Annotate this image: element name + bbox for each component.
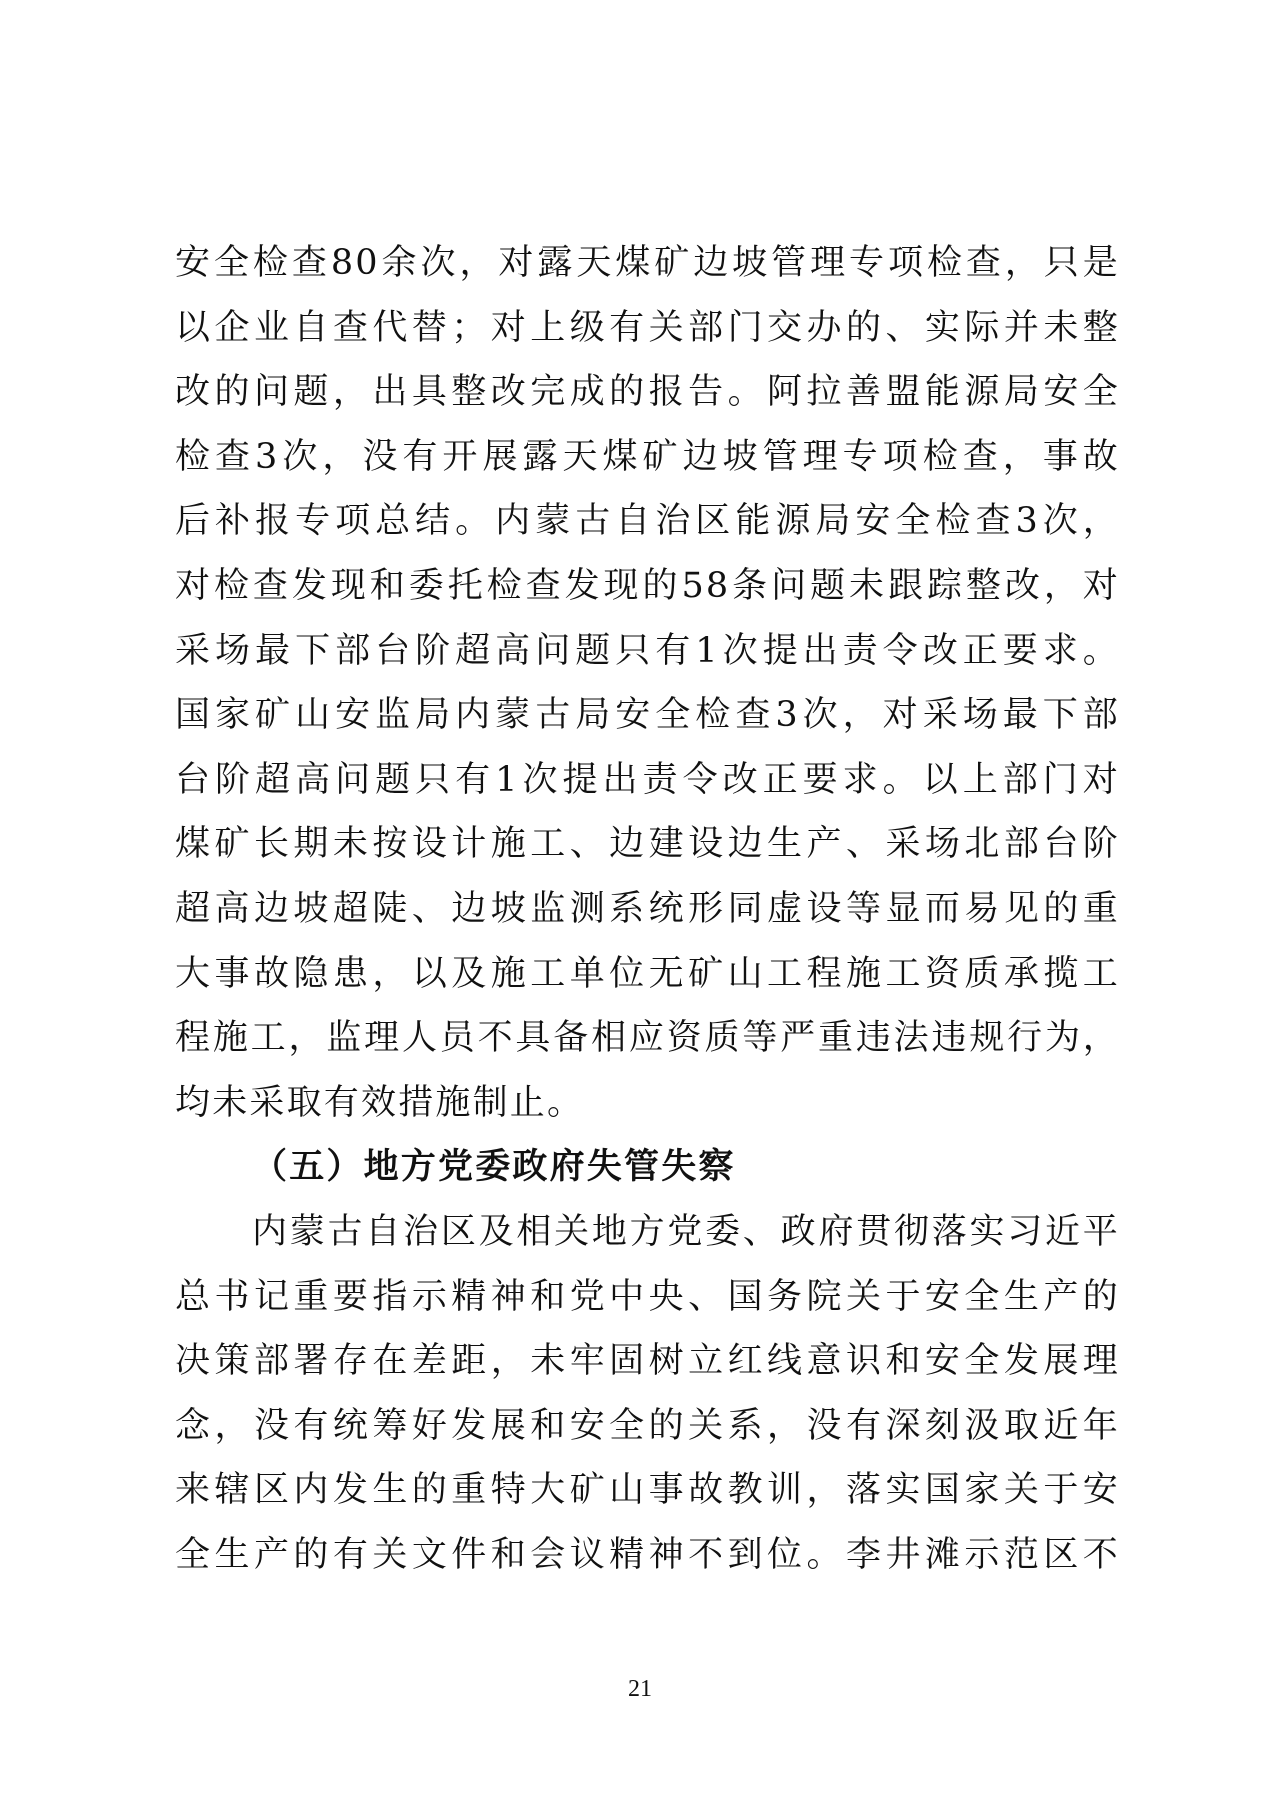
section-paragraph-line: 全生产的有关文件和会议精神不到位。李井滩示范区不 — [175, 1523, 1120, 1588]
paragraph-line: 超高边坡超陡、边坡监测系统形同虚设等显而易见的重 — [175, 877, 1120, 942]
paragraph-line: 国家矿山安监局内蒙古局安全检查3次，对采场最下部 — [175, 683, 1120, 748]
paragraph-line: 台阶超高问题只有1次提出责令改正要求。以上部门对 — [175, 748, 1120, 813]
section-paragraph-first-line: 内蒙古自治区及相关地方党委、政府贯彻落实习近平 — [175, 1200, 1120, 1265]
page-number: 21 — [0, 1676, 1280, 1703]
paragraph-line-last: 均未采取有效措施制止。 — [175, 1071, 1120, 1136]
paragraph-line: 改的问题，出具整改完成的报告。阿拉善盟能源局安全 — [175, 360, 1120, 425]
paragraph-line: 大事故隐患，以及施工单位无矿山工程施工资质承揽工 — [175, 942, 1120, 1007]
section-paragraph-line: 来辖区内发生的重特大矿山事故教训，落实国家关于安 — [175, 1458, 1120, 1523]
paragraph-line: 检查3次，没有开展露天煤矿边坡管理专项检查，事故 — [175, 425, 1120, 490]
paragraph-line: 以企业自查代替；对上级有关部门交办的、实际并未整 — [175, 296, 1120, 361]
section-paragraph-line: 决策部署存在差距，未牢固树立红线意识和安全发展理 — [175, 1329, 1120, 1394]
paragraph-line: 程施工，监理人员不具备相应资质等严重违法违规行为， — [175, 1006, 1120, 1071]
paragraph-line: 采场最下部台阶超高问题只有1次提出责令改正要求。 — [175, 619, 1120, 684]
section-paragraph-line: 总书记重要指示精神和党中央、国务院关于安全生产的 — [175, 1265, 1120, 1330]
paragraph-line: 煤矿长期未按设计施工、边建设边生产、采场北部台阶 — [175, 812, 1120, 877]
paragraph-line: 对检查发现和委托检查发现的58条问题未跟踪整改，对 — [175, 554, 1120, 619]
section-heading: （五）地方党委政府失管失察 — [175, 1135, 1120, 1200]
paragraph-line: 后补报专项总结。内蒙古自治区能源局安全检查3次， — [175, 489, 1120, 554]
document-page: 安全检查80余次，对露天煤矿边坡管理专项检查，只是 以企业自查代替；对上级有关部… — [0, 0, 1280, 1809]
section-paragraph-line: 念，没有统筹好发展和安全的关系，没有深刻汲取近年 — [175, 1394, 1120, 1459]
body-text: 安全检查80余次，对露天煤矿边坡管理专项检查，只是 以企业自查代替；对上级有关部… — [175, 231, 1120, 1587]
paragraph-line: 安全检查80余次，对露天煤矿边坡管理专项检查，只是 — [175, 231, 1120, 296]
